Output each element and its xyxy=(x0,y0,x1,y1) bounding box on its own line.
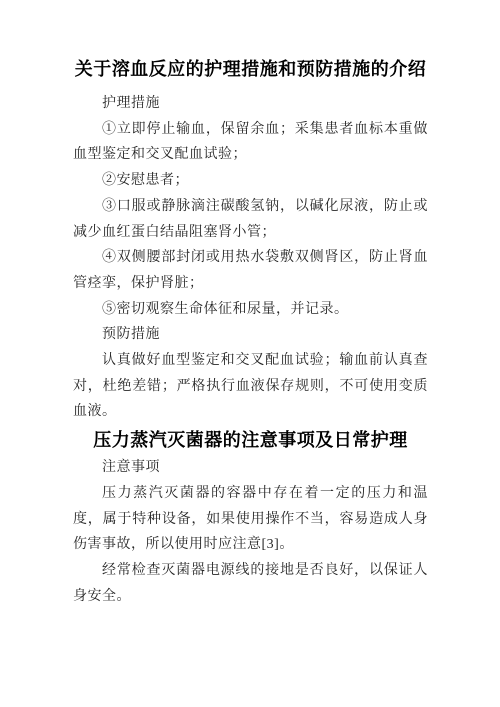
paragraph: ⑤密切观察生命体征和尿量，并记录。 xyxy=(73,297,428,323)
text-line: 血液。 xyxy=(73,399,428,425)
paragraph: ④双侧腰部封闭或用热水袋敷双侧肾区，防止肾血管痉挛，保护肾脏； xyxy=(73,245,428,296)
text-line: 压力蒸汽灭菌器的容器中存在着一定的压力和温 xyxy=(73,481,428,507)
paragraph: 认真做好血型鉴定和交叉配血试验；输血前认真查对，杜绝差错；严格执行血液保存规则，… xyxy=(73,348,428,425)
text-line: ①立即停止输血，保留余血；采集患者血标本重做 xyxy=(73,117,428,143)
text-line: 护理措施 xyxy=(73,91,428,117)
text-line: ⑤密切观察生命体征和尿量，并记录。 xyxy=(73,297,428,323)
text-line: ③口服或静脉滴注碳酸氢钠，以碱化尿液，防止或 xyxy=(73,194,428,220)
text-line: 经常检查灭菌器电源线的接地是否良好，以保证人 xyxy=(73,558,428,584)
paragraph: 压力蒸汽灭菌器的容器中存在着一定的压力和温度，属于特种设备，如果使用操作不当，容… xyxy=(73,481,428,558)
text-line: ④双侧腰部封闭或用热水袋敷双侧肾区，防止肾血 xyxy=(73,245,428,271)
paragraph: 注意事项 xyxy=(73,455,428,481)
text-line: ②安慰患者； xyxy=(73,168,428,194)
text-line: 度，属于特种设备，如果使用操作不当，容易造成人身 xyxy=(73,507,428,533)
document-body: 关于溶血反应的护理措施和预防措施的介绍护理措施①立即停止输血，保留余血；采集患者… xyxy=(73,57,428,609)
section-heading: 压力蒸汽灭菌器的注意事项及日常护理 xyxy=(73,425,428,455)
paragraph: ③口服或静脉滴注碳酸氢钠，以碱化尿液，防止或减少血红蛋白结晶阻塞肾小管； xyxy=(73,194,428,245)
text-line: 减少血红蛋白结晶阻塞肾小管； xyxy=(73,220,428,246)
text-line: 对，杜绝差错；严格执行血液保存规则，不可使用变质 xyxy=(73,374,428,400)
paragraph: 预防措施 xyxy=(73,322,428,348)
paragraph: ①立即停止输血，保留余血；采集患者血标本重做血型鉴定和交叉配血试验； xyxy=(73,117,428,168)
text-line: 预防措施 xyxy=(73,322,428,348)
text-line: 认真做好血型鉴定和交叉配血试验；输血前认真查 xyxy=(73,348,428,374)
text-line: 注意事项 xyxy=(73,455,428,481)
paragraph: ②安慰患者； xyxy=(73,168,428,194)
document-page: 关于溶血反应的护理措施和预防措施的介绍护理措施①立即停止输血，保留余血；采集患者… xyxy=(0,0,500,707)
section-heading: 关于溶血反应的护理措施和预防措施的介绍 xyxy=(73,57,428,81)
text-line: 血型鉴定和交叉配血试验； xyxy=(73,142,428,168)
text-line: 管痉挛，保护肾脏； xyxy=(73,271,428,297)
paragraph: 经常检查灭菌器电源线的接地是否良好，以保证人身安全。 xyxy=(73,558,428,609)
text-line: 身安全。 xyxy=(73,584,428,610)
text-line: 伤害事故，所以使用时应注意[3]。 xyxy=(73,532,428,558)
paragraph: 护理措施 xyxy=(73,91,428,117)
